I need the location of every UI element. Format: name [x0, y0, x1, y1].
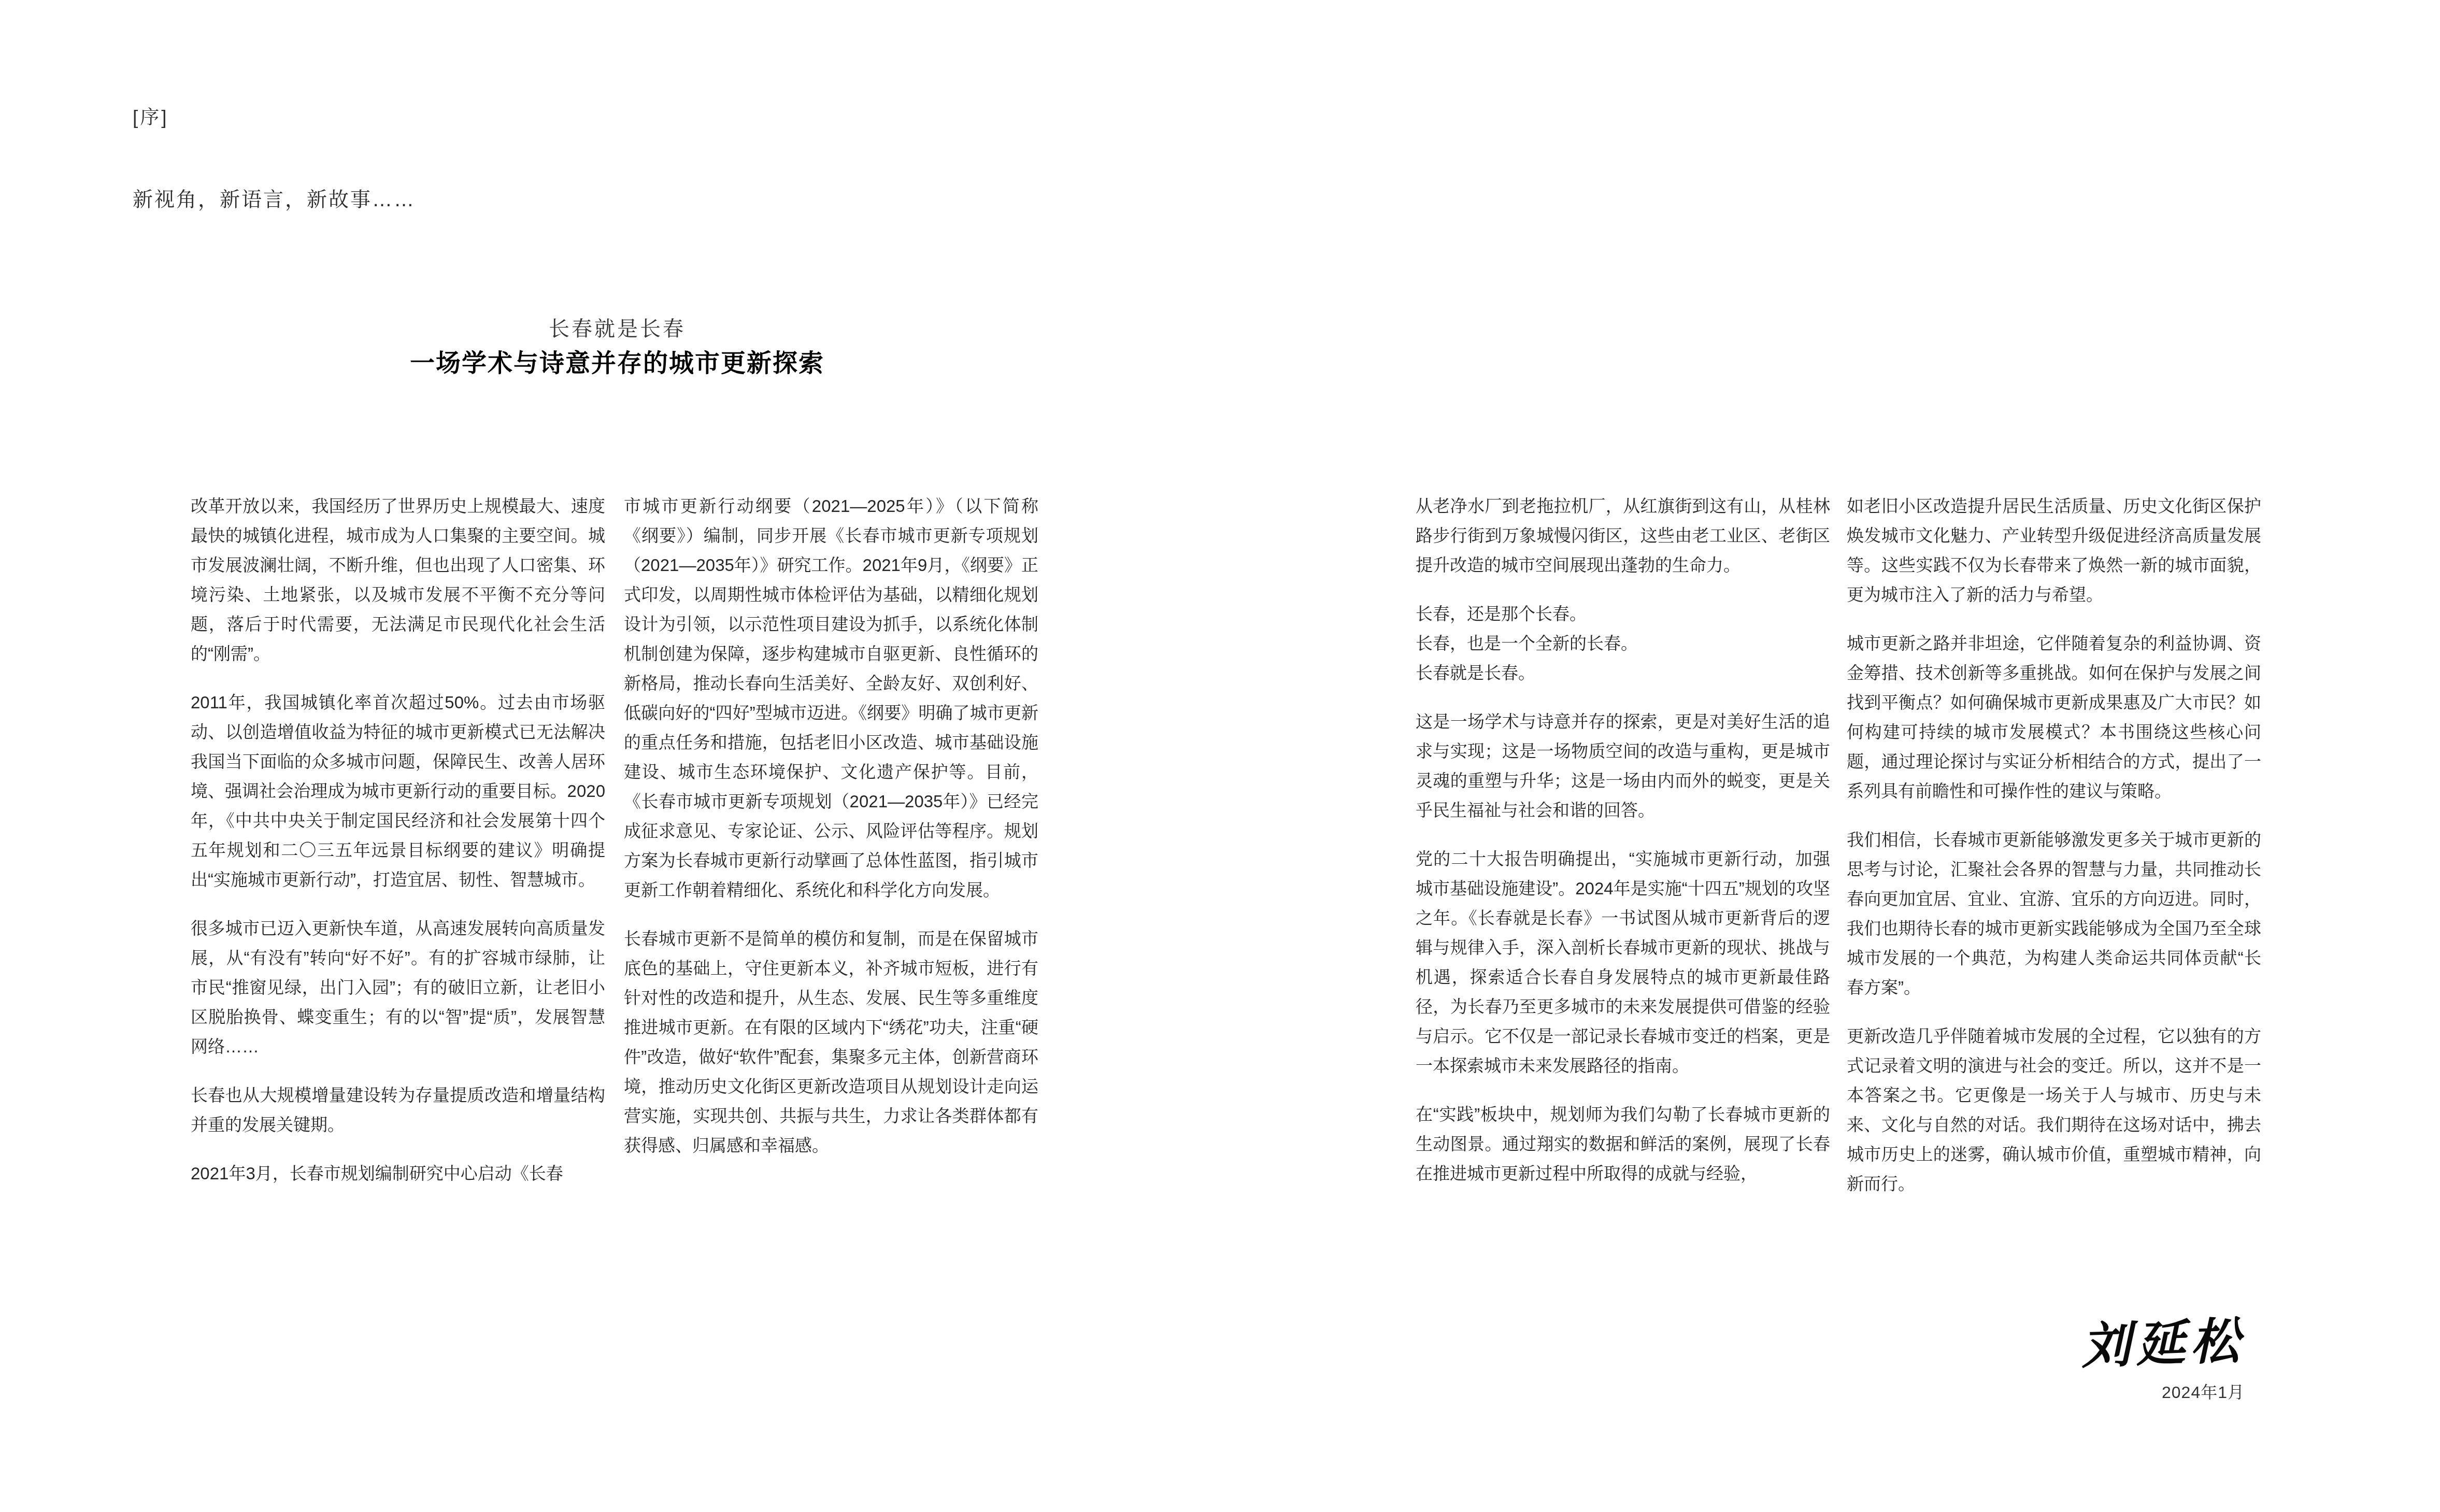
paragraph: 城市更新之路并非坦途，它伴随着复杂的利益协调、资金筹措、技术创新等多重挑战。如何…: [1847, 629, 2261, 806]
paragraph: 2021年3月，长春市规划编制研究中心启动《长春: [191, 1159, 605, 1188]
paragraph: 长春城市更新不是简单的模仿和复制，而是在保留城市底色的基础上，守住更新本义，补齐…: [624, 924, 1038, 1160]
paragraph: 我们相信，长春城市更新能够激发更多关于城市更新的思考与讨论，汇聚社会各界的智慧与…: [1847, 825, 2261, 1002]
author-signature: 刘延松: [2080, 1315, 2245, 1373]
text-column-4: 如老旧小区改造提升居民生活质量、历史文化街区保护焕发城市文化魅力、产业转型升级促…: [1847, 491, 2261, 1199]
signature-date: 2024年1月: [2081, 1379, 2245, 1403]
paragraph: 长春就是长春。: [1416, 658, 1830, 688]
book-subtitle: 一场学术与诗意并存的城市更新探索: [191, 350, 1044, 377]
paragraph: 更新改造几乎伴随着城市发展的全过程，它以独有的方式记录着文明的演进与社会的变迁。…: [1847, 1021, 2261, 1199]
paragraph: 从老净水厂到老拖拉机厂，从红旗街到这有山，从桂林路步行街到万象城慢闪街区，这些由…: [1416, 491, 1830, 580]
title-block: 长春就是长春 一场学术与诗意并存的城市更新探索: [191, 317, 1044, 377]
text-column-2: 市城市更新行动纲要（2021—2025年）》（以下简称《纲要》）编制，同步开展《…: [624, 491, 1038, 1160]
paragraph: 这是一场学术与诗意并存的探索，更是对美好生活的追求与实现；这是一场物质空间的改造…: [1416, 707, 1830, 825]
paragraph: 改革开放以来，我国经历了世界历史上规模最大、速度最快的城镇化进程，城市成为人口集…: [191, 491, 605, 668]
text-column-3: 从老净水厂到老拖拉机厂，从红旗街到这有山，从桂林路步行街到万象城慢闪街区，这些由…: [1416, 491, 1830, 1188]
paragraph: 2011年，我国城镇化率首次超过50%。过去由市场驱动、以创造增值收益为特征的城…: [191, 688, 605, 894]
paragraph: 如老旧小区改造提升居民生活质量、历史文化街区保护焕发城市文化魅力、产业转型升级促…: [1847, 491, 2261, 609]
preface-tagline: 新视角，新语言，新故事……: [133, 183, 416, 212]
book-preface-spread: [序] 新视角，新语言，新故事…… 长春就是长春 一场学术与诗意并存的城市更新探…: [0, 0, 2440, 1512]
paragraph: 在“实践”板块中，规划师为我们勾勒了长春城市更新的生动图景。通过翔实的数据和鲜活…: [1416, 1100, 1830, 1188]
paragraph: 很多城市已迈入更新快车道，从高速发展转向高质量发展，从“有没有”转向“好不好”。…: [191, 914, 605, 1061]
paragraph: 党的二十大报告明确提出，“实施城市更新行动，加强城市基础设施建设”。2024年是…: [1416, 844, 1830, 1080]
paragraph: 长春，还是那个长春。: [1416, 599, 1830, 629]
signature-block: 刘延松 2024年1月: [2081, 1315, 2245, 1403]
book-title: 长春就是长春: [191, 317, 1044, 341]
paragraph: 长春也从大规模增量建设转为存量提质改造和增量结构并重的发展关键期。: [191, 1080, 605, 1139]
text-column-1: 改革开放以来，我国经历了世界历史上规模最大、速度最快的城镇化进程，城市成为人口集…: [191, 491, 605, 1188]
paragraph: 长春，也是一个全新的长春。: [1416, 629, 1830, 658]
preface-label: [序]: [133, 102, 169, 130]
paragraph: 市城市更新行动纲要（2021—2025年）》（以下简称《纲要》）编制，同步开展《…: [624, 491, 1038, 905]
